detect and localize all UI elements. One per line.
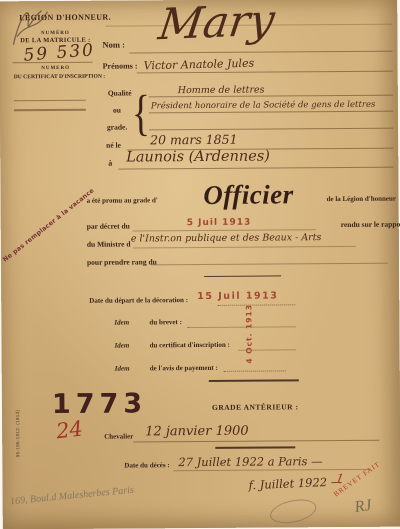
section-separator-3: [215, 446, 295, 449]
death-date-label: Date du décès :: [124, 461, 169, 469]
chevalier-rule: [133, 440, 379, 443]
clerk-note-handwritten: f. Juillet 1922 —: [248, 474, 342, 492]
idem-payement-idem: Idem: [115, 364, 130, 372]
decree-rule: [133, 229, 316, 231]
idem-certificat-idem: Idem: [115, 341, 130, 349]
minister-handwritten-value: e l'Instr.on publique et des Beaux - Art…: [131, 232, 322, 244]
red-handwritten-number: 24: [55, 416, 84, 443]
nom-label: Nom :: [102, 40, 125, 50]
qualite-handwritten-line1: Homme de lettres: [178, 85, 265, 97]
minister-label: du Ministre d: [87, 239, 131, 248]
brevet-date-vertical-stamp: 4 Oct. 1913: [244, 304, 253, 364]
grade-label: grade.: [107, 123, 127, 132]
pencil-initials: RJ: [353, 497, 372, 517]
idem-certificat-label: du certificat d'inscription :: [150, 341, 230, 350]
prenoms-handwritten-value: Victor Anatole Jules: [143, 57, 254, 73]
qualite-brace-glyph: {: [132, 83, 150, 141]
qualite-handwritten-line2: Président honoraire de la Société de gen…: [151, 100, 376, 112]
officier-grade-title: Officier: [192, 179, 304, 211]
prenoms-label: Prénoms :: [103, 61, 138, 70]
rank-date-label: pour prendre rang du: [87, 257, 157, 266]
pencil-address-note: 169, Boul.d Malesherbes Paris: [10, 485, 135, 508]
chevalier-date-handwritten-value: 12 janvier 1900: [145, 424, 249, 440]
birth-date-label: né le: [106, 141, 121, 150]
chevalier-label: Chevalier: [104, 432, 133, 440]
legion-honneur-suffix-label: de la Légion d'honneur: [327, 195, 396, 203]
certificat-number-label-line1: NUMERO: [30, 66, 82, 71]
certificat-number-label-line2: DU CERTIFICAT D'INSCRIPTION :: [14, 74, 102, 81]
printer-imprint-mark: 95-196-1912. (1913): [15, 410, 20, 458]
promoted-to-grade-label: a été promu au grade d': [87, 196, 158, 204]
idem-brevet-idem: Idem: [114, 318, 129, 326]
decoration-depart-date-stamp: 15 Juil 1913: [197, 290, 278, 302]
qualite-rule-3: [149, 128, 393, 131]
section-separator-2: [209, 379, 299, 382]
decree-date-stamp: 5 Juil 1913: [187, 218, 252, 228]
ne-pas-remplacer-stamp: Ne pas remplacer à la vacance: [2, 187, 96, 263]
birth-place-label: à: [108, 159, 112, 168]
certificat-rule-1: [14, 100, 86, 102]
idem-payement-label: de l'avis de payement :: [150, 364, 218, 372]
section-separator-1: [204, 275, 281, 277]
ou-label: ou: [113, 106, 121, 115]
qualite-label: Qualité: [108, 88, 132, 97]
grade-anterieur-title: GRADE ANTÉRIEUR :: [212, 402, 298, 412]
pencil-oval-mark: [268, 496, 319, 528]
birth-place-rule: [118, 167, 393, 170]
decree-date-label: par décret du: [87, 221, 130, 230]
matricule-number-label-line1: NUMÉRO: [29, 31, 81, 36]
idem-brevet-label: du brevet :: [149, 318, 182, 326]
birth-place-handwritten-value: Launois (Ardennes): [126, 149, 270, 166]
registry-number-stamp: 1773: [52, 388, 147, 420]
legion-honneur-record-card: LÉGION D'HONNEUR. NUMÉRO DE LA MATRICULE…: [0, 0, 400, 529]
report-label: rendu sur le rapport: [341, 220, 400, 229]
minister-rule: [133, 246, 356, 249]
birth-date-handwritten-value: 20 mars 1851: [150, 132, 237, 148]
certificat-rule-2: [14, 109, 86, 112]
idem-payement-rule: [224, 370, 286, 371]
nom-rule: [130, 51, 393, 54]
rank-rule: [151, 263, 388, 266]
idem-brevet-rule: [187, 326, 295, 328]
death-date-handwritten-value: 27 Juillet 1922 a Paris —: [178, 454, 322, 469]
decoration-depart-rule: [217, 304, 295, 306]
legion-honneur-title: LÉGION D'HONNEUR.: [19, 13, 97, 23]
decoration-depart-date-label: Date du départ de la décoration :: [89, 296, 188, 305]
nom-handwritten-value: Mary: [156, 0, 278, 50]
